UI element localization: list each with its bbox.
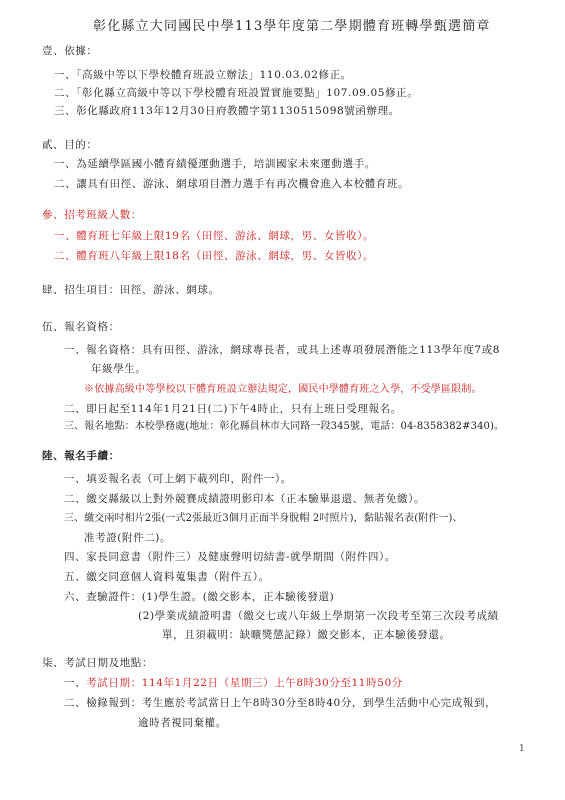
section-heading-purpose: 貳、目的： [42,138,98,152]
exam-date-value: 114年1月22日（星期三）上午8時30分至11時50分 [142,677,403,689]
exam-checkin-item: 二、檢錄報到：考生應於考試當日上午8時30分至8時40分，到學生活動中心完成報到… [64,696,496,710]
section-heading-quota: 參、招考班級人數： [42,208,142,222]
procedure-item-1: 一、填妥報名表（可上網下載列印，附件一）。 [64,472,292,486]
basis-item-2: 二、「彰化縣立高級中等以下學校體育班設置實施要點」107.09.05修正。 [54,86,418,100]
procedure-item-5: 五、繳交同意個人資料蒐集書（附件五）。 [64,570,270,584]
exam-date-label: 考試日期： [86,677,142,689]
basis-item-3: 三、彰化縣政府113年12月30日府教體字第1130515098號函辦理。 [54,104,400,118]
procedure-item-6: 六、查驗證件：(1)學生證。(繳交影本，正本驗後發還) [64,590,334,604]
eligibility-item-1: 一、報名資格：具有田徑、游泳，網球專長者，或具上述專項發展潛能之113學年度7或… [64,343,500,357]
section-heading-basis: 壹、依據： [42,44,98,58]
quota-item-grade8: 二、體育班八年級上限18名（田徑、游泳、網球，男、女皆收）。 [54,249,374,263]
eligibility-item-3: 三、報名地點：本校學務處(地址：彰化縣員林市大同路一段345號，電話：04-83… [64,420,504,434]
section-heading-eligibility: 伍、報名資格： [42,320,120,334]
section-heading-exam: 柒、考試日期及地點： [42,656,153,670]
procedure-item-6-sub2-cont: 單，且須載明：缺曠獎懲記錄）繳交影本，正本驗後發還。 [162,628,451,642]
procedure-item-4: 四、家長同意書（附件三）及健康聲明切結書-就學期間（附件四）。 [64,550,396,564]
procedure-item-3: 三、繳交兩吋相片2張(一式2張最近3個月正面半身脫帽 2吋照片)，黏貼報名表(附… [64,512,463,526]
eligibility-note: ※依據高級中等學校以下體育班設立辦法規定，國民中學體育班之入學，不受學區限制。 [84,383,482,397]
procedure-item-6-sub2: (2)學業成績證明書（繳交七或八年級上學期第一次段考至第三次段考成績 [138,609,499,623]
quota-item-grade7: 一、體育班七年級上限19名（田徑、游泳、網球，男、女皆收）。 [54,229,374,243]
exam-checkin-item-cont: 逾時者視同棄權。 [138,716,227,730]
purpose-item-1: 一、為延續學區國小體育績優運動選手，培訓國家未來運動選手。 [54,157,376,171]
eligibility-item-2: 二、即日起至114年1月21日(二)下午4時止，只有上班日受理報名。 [64,402,402,416]
exam-date-prefix: 一、 [64,677,86,689]
procedure-item-2: 二、繳交縣級以上對外競賽成績證明影印本（正本驗畢退還、無者免繳）。 [64,492,425,506]
exam-date-item: 一、考試日期：114年1月22日（星期三）上午8時30分至11時50分 [64,676,403,690]
basis-item-1: 一、「高級中等以下學校體育班設立辦法」110.03.02修正。 [54,68,352,82]
eligibility-item-1-cont: 年級學生。 [91,362,147,376]
procedure-item-3-cont: 准考證(附件二)。 [84,531,171,545]
document-title: 彰化縣立大同國民中學113學年度第二學期體育班轉學甄選簡章 [93,20,491,34]
section-heading-procedure: 陸、報名手續： [42,449,120,463]
section-heading-sports: 肆、招生項目：田徑、游泳、網球。 [42,283,220,297]
purpose-item-2: 二、讓具有田徑、游泳、網球項目潛力選手有再次機會進入本校體育班。 [54,177,409,191]
document-page: 彰化縣立大同國民中學113學年度第二學期體育班轉學甄選簡章 壹、依據： 一、「高… [0,0,565,800]
page-number: 1 [519,744,525,754]
